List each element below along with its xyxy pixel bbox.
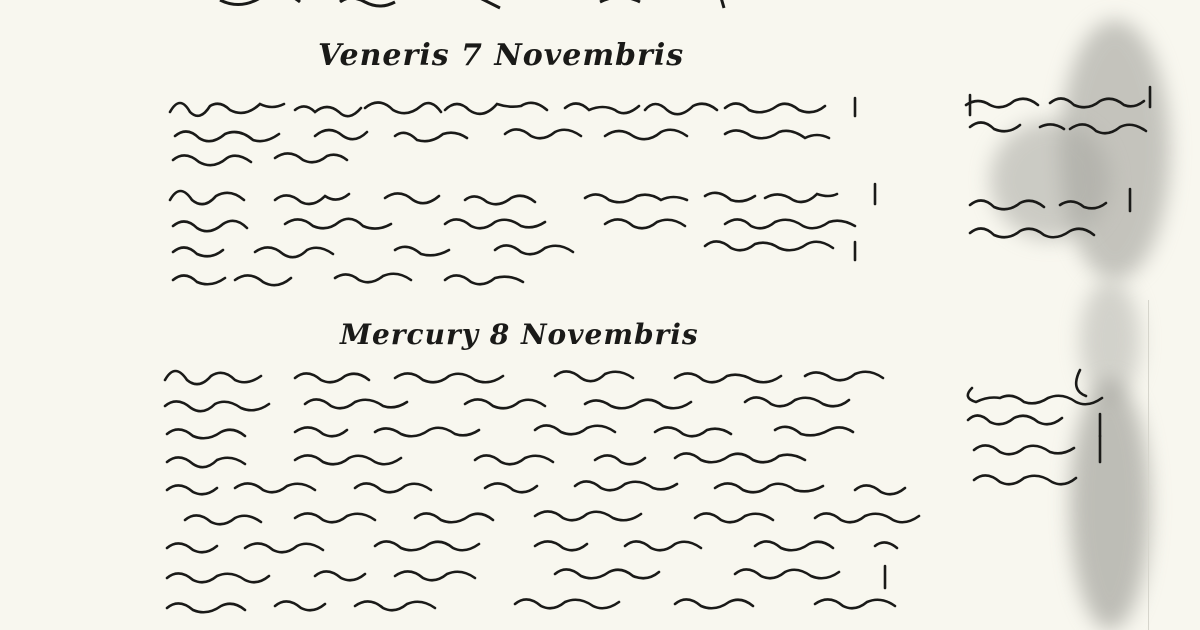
script-line xyxy=(165,180,945,300)
margin-note xyxy=(960,370,1160,500)
script-line xyxy=(155,360,975,630)
script-line xyxy=(220,0,740,14)
entry-heading: Veneris 7 Novembris xyxy=(318,38,684,73)
entry-heading: Mercury 8 Novembris xyxy=(340,318,699,351)
margin-note xyxy=(960,85,1180,245)
script-line xyxy=(165,92,915,172)
manuscript-page: Veneris 7 Novembris Mercury 8 Novembris xyxy=(0,0,1200,630)
